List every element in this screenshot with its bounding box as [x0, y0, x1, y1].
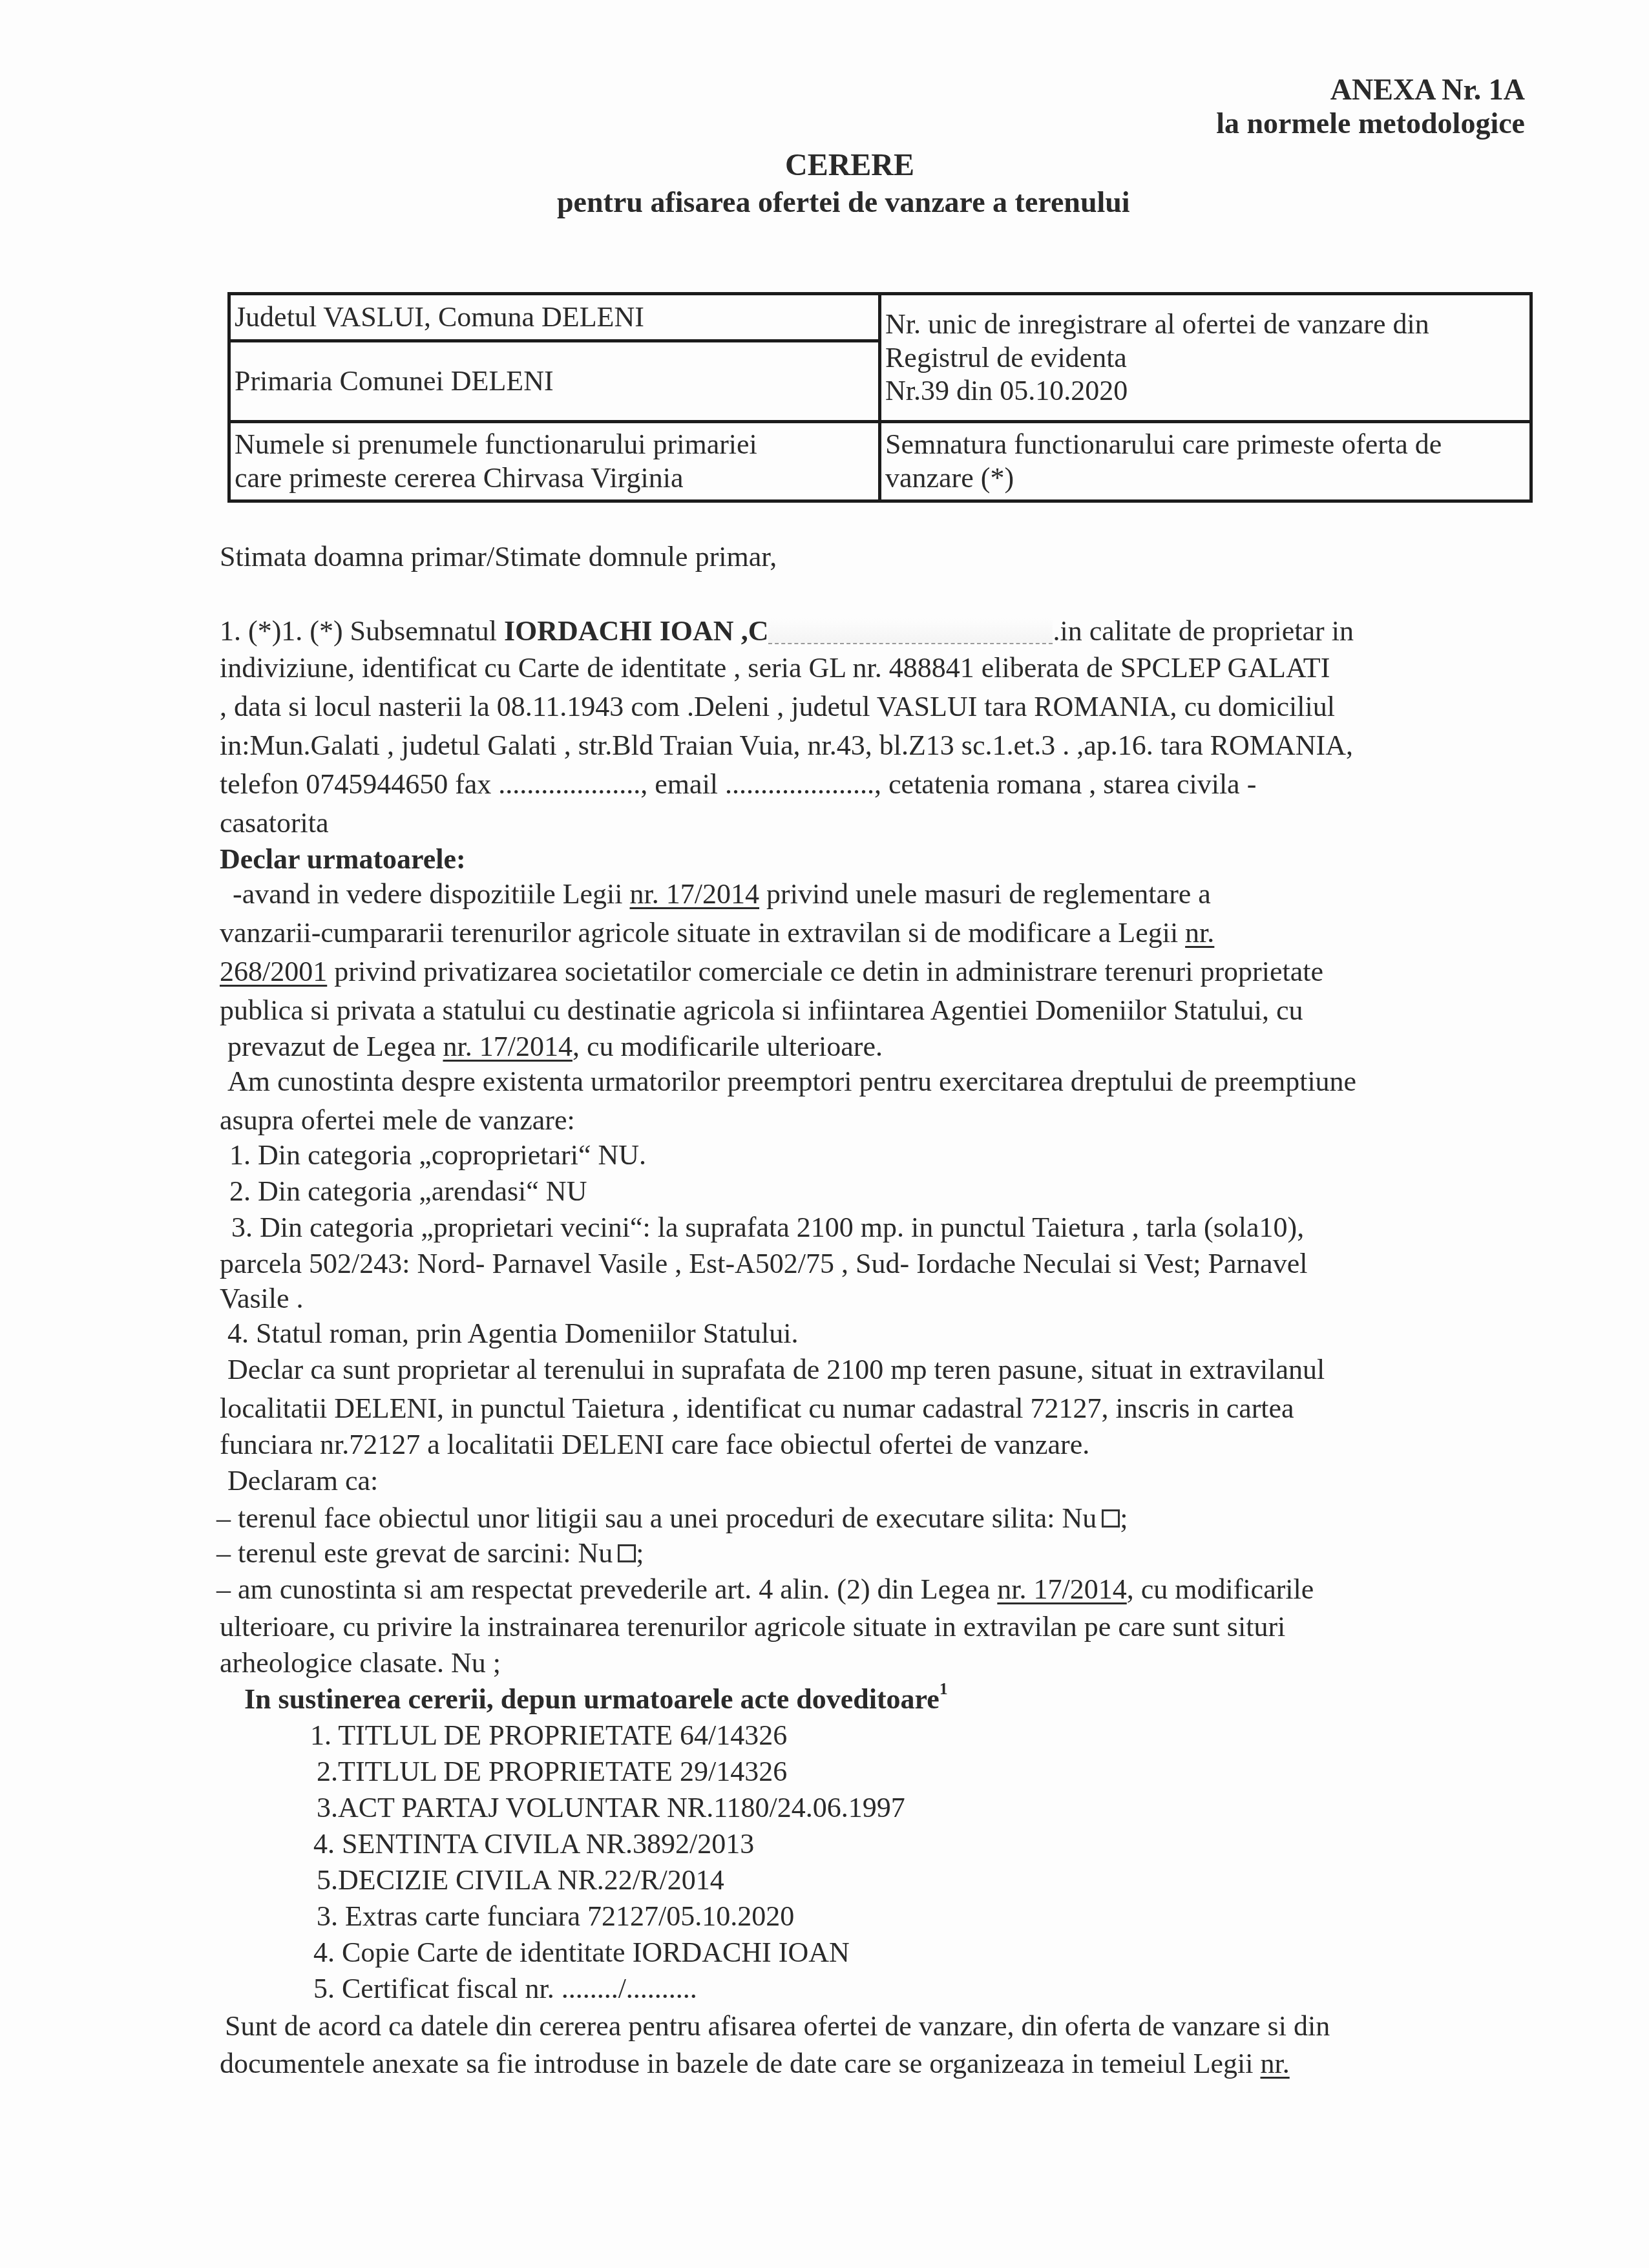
applicant-line-3: , data si locul nasterii la 08.11.1943 c… — [220, 693, 1335, 721]
preemptor-item: 3. Din categoria „proprietari vecini“: l… — [231, 1213, 1304, 1242]
law-reference: 268/2001 — [220, 956, 327, 987]
applicant-line-2: indiviziune, identificat cu Carte de ide… — [220, 654, 1330, 682]
salutation: Stimata doamna primar/Stimate domnule pr… — [220, 543, 777, 571]
preemptor-item: 1. Din categoria „coproprietari“ NU. — [229, 1141, 646, 1170]
supporting-doc-item: 3. Extras carte funciara 72127/05.10.202… — [317, 1902, 794, 1931]
archeology-statement-1: – am cunostinta si am respectat preveder… — [216, 1575, 1314, 1604]
consent-line-2: documentele anexate sa fie introduse in … — [220, 2050, 1290, 2078]
declaration-p4: publica si privata a statului cu destina… — [220, 996, 1303, 1025]
registration-number: Nr.39 din 05.10.2020 — [885, 374, 1526, 408]
supporting-doc-item: 4. Copie Carte de identitate IORDACHI IO… — [313, 1938, 850, 1967]
applicant-line-4: in:Mun.Galati , judetul Galati , str.Bld… — [220, 731, 1353, 760]
supporting-docs-heading: In sustinerea cererii, depun urmatoarele… — [244, 1685, 948, 1714]
preemptor-item: 2. Din categoria „arendasi“ NU — [229, 1177, 587, 1206]
law-reference: nr. — [1261, 2048, 1290, 2079]
ownership-line-1: Declar ca sunt proprietar al terenului i… — [227, 1356, 1325, 1384]
official-signature-cell: Semnatura functionarului care primeste o… — [880, 422, 1531, 501]
archeology-statement-3: arheologice clasate. Nu ; — [220, 1649, 501, 1677]
supporting-doc-item: 3.ACT PARTAJ VOLUNTAR NR.1180/24.06.1997 — [317, 1794, 905, 1822]
preemptor-item: 4. Statul roman, prin Agentia Domeniilor… — [227, 1319, 799, 1348]
town-hall-cell: Primaria Comunei DELENI — [229, 341, 880, 422]
county-commune-cell: Judetul VASLUI, Comuna DELENI — [229, 294, 880, 341]
supporting-doc-item: 4. SENTINTA CIVILA NR.3892/2013 — [313, 1830, 754, 1858]
archeology-statement-2: ulterioare, cu privire la instrainarea t… — [220, 1613, 1285, 1641]
ownership-line-2: localitatii DELENI, in punctul Taietura … — [220, 1394, 1294, 1423]
registration-number-cell: Nr. unic de inregistrare al ofertei de v… — [880, 294, 1531, 422]
registry-table: Judetul VASLUI, Comuna DELENI Nr. unic d… — [227, 292, 1533, 503]
litigation-statement: – terenul face obiectul unor litigii sau… — [216, 1504, 1128, 1533]
document-subtitle: pentru afisarea ofertei de vanzare a ter… — [557, 185, 1130, 219]
encumbrance-statement: – terenul este grevat de sarcini: Nu; — [216, 1539, 644, 1568]
law-reference: nr. 17/2014 — [997, 1573, 1126, 1605]
supporting-doc-item: 1. TITLUL DE PROPRIETATE 64/14326 — [310, 1721, 787, 1750]
encumbrance-no-checkbox[interactable] — [618, 1544, 636, 1562]
supporting-doc-item: 2.TITLUL DE PROPRIETATE 29/14326 — [317, 1758, 787, 1786]
law-reference: nr. 17/2014 — [443, 1031, 572, 1062]
preemptors-intro-2: asupra ofertei mele de vanzare: — [220, 1106, 575, 1135]
supporting-doc-item: 5.DECIZIE CIVILA NR.22/R/2014 — [317, 1866, 724, 1895]
annex-subtitle: la normele metodologice — [1216, 106, 1525, 140]
applicant-name: IORDACHI IOAN ,C — [504, 615, 768, 647]
preemptors-intro-1: Am cunostinta despre existenta urmatoril… — [227, 1067, 1356, 1096]
applicant-line-6: casatorita — [220, 809, 329, 837]
applicant-line-1: 1. (*)1. (*) Subsemnatul IORDACHI IOAN ,… — [220, 617, 1354, 646]
consent-line-1: Sunt de acord ca datele din cererea pent… — [225, 2012, 1330, 2041]
declaration-p1: -avand in vedere dispozitiile Legii nr. … — [233, 880, 1211, 908]
applicant-line-5: telefon 0745944650 fax .................… — [220, 770, 1256, 799]
declaration-p5: prevazut de Legea nr. 17/2014, cu modifi… — [227, 1033, 883, 1061]
declaration-heading: Declar urmatoarele: — [220, 845, 466, 874]
preemptor-item-cont: Vasile . — [220, 1285, 304, 1313]
preemptor-item-cont: parcela 502/243: Nord- Parnavel Vasile ,… — [220, 1250, 1307, 1278]
declaration-p3: 268/2001 privind privatizarea societatil… — [220, 958, 1323, 986]
declaration-p2: vanzarii-cumpararii terenurilor agricole… — [220, 919, 1214, 947]
official-name-cell: Numele si prenumele functionarului prima… — [229, 422, 880, 501]
litigation-no-checkbox[interactable] — [1102, 1509, 1120, 1528]
footnote-mark: 1 — [940, 1679, 948, 1698]
supporting-doc-item: 5. Certificat fiscal nr. ......../......… — [313, 1975, 697, 2003]
law-reference: nr. 17/2014 — [630, 878, 759, 910]
ownership-line-3: funciara nr.72127 a localitatii DELENI c… — [220, 1431, 1089, 1459]
law-reference: nr. — [1185, 917, 1214, 949]
declaram-label: Declaram ca: — [227, 1467, 378, 1495]
document-title: CERERE — [785, 147, 914, 183]
annex-title: ANEXA Nr. 1A — [1330, 72, 1525, 107]
document-page: ANEXA Nr. 1A la normele metodologice CER… — [0, 0, 1649, 2268]
redacted-field — [768, 618, 1053, 644]
